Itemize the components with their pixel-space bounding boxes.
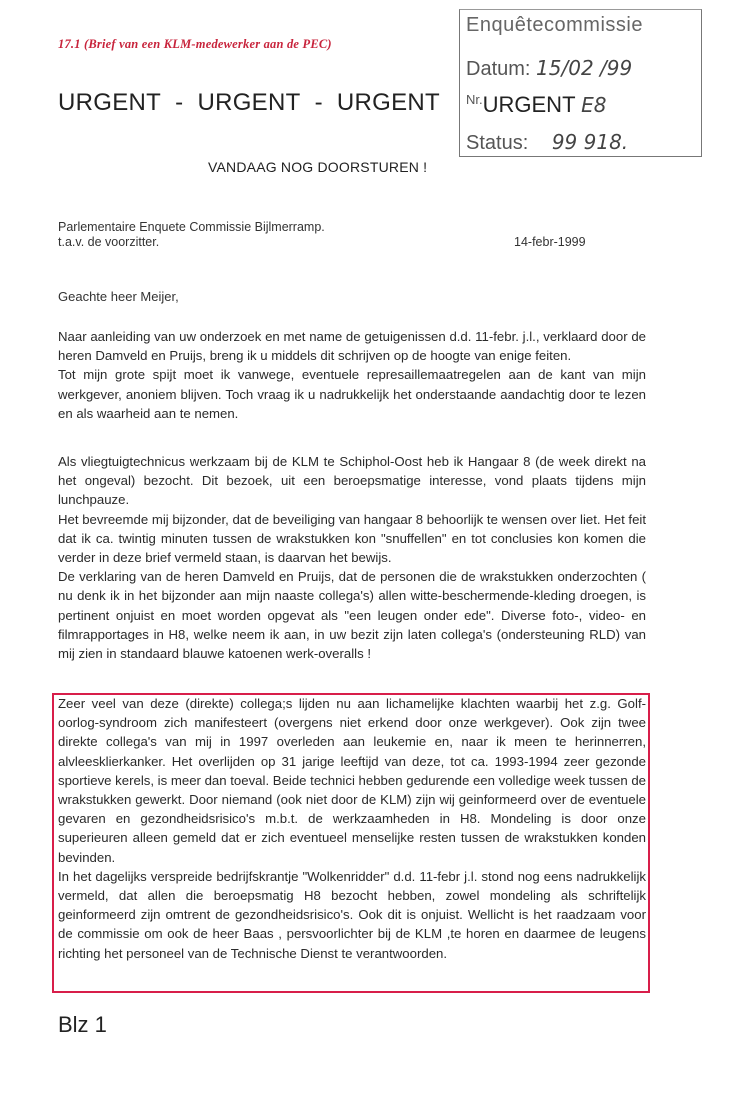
paragraph: Het bevreemde mij bijzonder, dat de beve…	[58, 510, 646, 568]
urgent-word: URGENT	[197, 89, 300, 116]
stamp-org: Enquêtecommissie	[466, 14, 643, 37]
separator: -	[175, 89, 183, 116]
letter-date: 14-febr-1999	[514, 235, 586, 249]
paragraph: Als vliegtuigtechnicus werkzaam bij de K…	[58, 452, 646, 510]
body-block-2: Als vliegtuigtechnicus werkzaam bij de K…	[58, 452, 646, 663]
registration-stamp: Enquêtecommissie Datum: 15/02 /99 Nr.URG…	[459, 9, 702, 157]
stamp-date: Datum: 15/02 /99	[466, 56, 632, 81]
salutation: Geachte heer Meijer,	[58, 289, 179, 304]
stamp-status: Status: 99 918.	[466, 130, 628, 155]
urgent-word: URGENT	[483, 92, 576, 117]
stamp-status-label: Status:	[466, 132, 528, 154]
stamp-date-label: Datum:	[466, 58, 530, 80]
highlighted-text: Zeer veel van deze (direkte) collega;s l…	[58, 694, 646, 963]
urgent-word: URGENT	[58, 89, 161, 116]
stamp-nr-label: Nr.	[466, 92, 483, 107]
paragraph: De verklaring van de heren Damveld en Pr…	[58, 567, 646, 663]
paragraph: Tot mijn grote spijt moet ik vanwege, ev…	[58, 365, 646, 423]
stamp-nr: Nr.URGENT E8	[466, 92, 606, 118]
stamp-nr-value: E8	[581, 93, 606, 117]
paragraph: Naar aanleiding van uw onderzoek en met …	[58, 327, 646, 365]
stamp-date-value: 15/02 /99	[536, 56, 632, 80]
page-number: Blz 1	[58, 1012, 107, 1038]
recipient-line-2: t.a.v. de voorzitter.	[58, 235, 159, 249]
recipient-line-1: Parlementaire Enquete Commissie Bijlmerr…	[58, 220, 325, 234]
urgent-banner: URGENT-URGENT-URGENT	[58, 89, 440, 117]
stamp-status-value: 99 918.	[552, 130, 628, 154]
paragraph: In het dagelijks verspreide bedrijfskran…	[58, 867, 646, 963]
urgent-word: URGENT	[337, 89, 440, 116]
section-caption: 17.1 (Brief van een KLM-medewerker aan d…	[58, 37, 332, 52]
paragraph: Zeer veel van deze (direkte) collega;s l…	[58, 694, 646, 867]
forward-note: VANDAAG NOG DOORSTUREN !	[208, 159, 427, 175]
body-block-1: Naar aanleiding van uw onderzoek en met …	[58, 327, 646, 423]
separator: -	[315, 89, 323, 116]
